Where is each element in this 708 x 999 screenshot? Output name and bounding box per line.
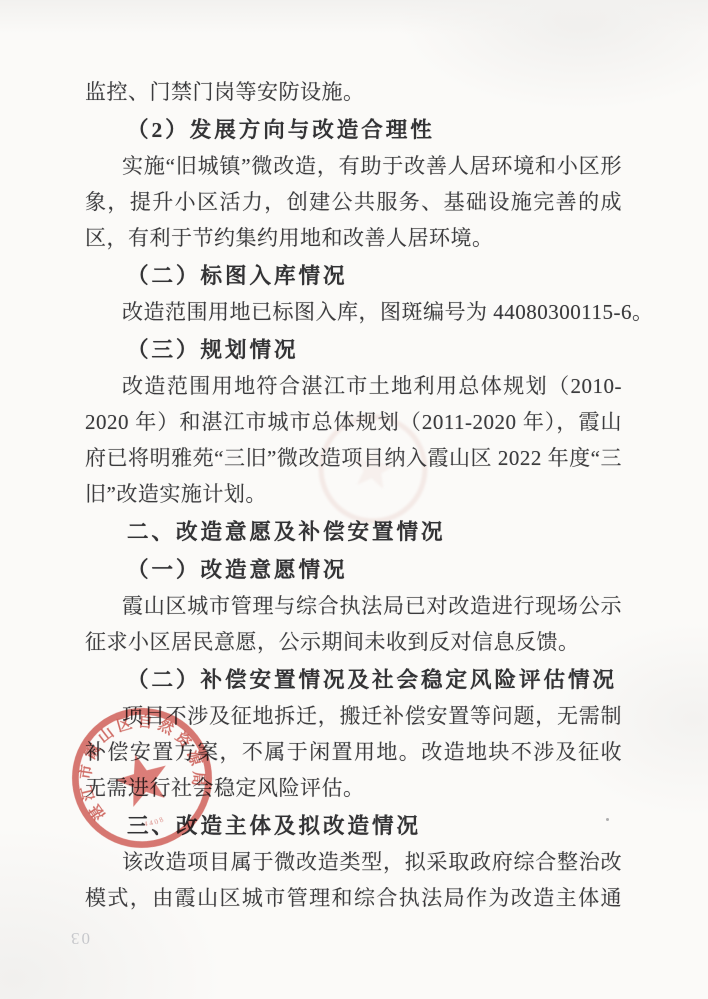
body-line: 征求小区居民意愿，公示期间未收到反对信息反馈。 [85,624,622,660]
body-line: 实施“旧城镇”微改造，有助于改善人居环境和小区形 [85,148,622,184]
body-line: 模式，由霞山区城市管理和综合执法局作为改造主体通过公 [85,880,622,916]
body-line: 补偿安置方案，不属于闲置用地。改造地块不涉及征收土地， [85,734,622,770]
body-line: 改造范围用地已标图入库，图斑编号为 44080300115-6。 [85,294,622,330]
heading-line: （二）补偿安置情况及社会稳定风险评估情况 [85,662,622,698]
document-text: 监控、门禁门岗等安防设施。（2）发展方向与改造合理性实施“旧城镇”微改造，有助于… [85,74,622,916]
heading-line: 三、改造主体及拟改造情况 [85,808,622,844]
body-line: 府已将明雅苑“三旧”微改造项目纳入霞山区 2022 年度“三 [85,440,622,476]
body-line: 区，有利于节约集约用地和改善人居环境。 [85,220,622,256]
body-line: 象，提升小区活力，创建公共服务、基础设施完善的成熟社 [85,184,622,220]
body-line: 项目不涉及征地拆迁，搬迁补偿安置等问题，无需制定 [85,698,622,734]
body-line: 2020 年）和湛江市城市总体规划（2011-2020 年），霞山区政 [85,404,622,440]
page-number-reversed: 03 [54,920,90,948]
body-line: 旧”改造实施计划。 [85,476,622,512]
body-line: 改造范围用地符合湛江市土地利用总体规划（2010- [85,368,622,404]
heading-line: （三）规划情况 [85,332,622,368]
body-line: 监控、门禁门岗等安防设施。 [85,74,622,110]
heading-line: 二、改造意愿及补偿安置情况 [85,514,622,550]
scan-artifact-dot [606,818,609,821]
body-line: 霞山区城市管理与综合执法局已对改造进行现场公示 [85,588,622,624]
heading-line: （一）改造意愿情况 [85,552,622,588]
body-line: 该改造项目属于微改造类型，拟采取政府综合整治改造 [85,844,622,880]
body-line: 无需进行社会稳定风险评估。 [85,770,622,806]
heading-line: （2）发展方向与改造合理性 [85,112,622,148]
document-page: 监控、门禁门岗等安防设施。（2）发展方向与改造合理性实施“旧城镇”微改造，有助于… [0,0,708,999]
heading-line: （二）标图入库情况 [85,258,622,294]
